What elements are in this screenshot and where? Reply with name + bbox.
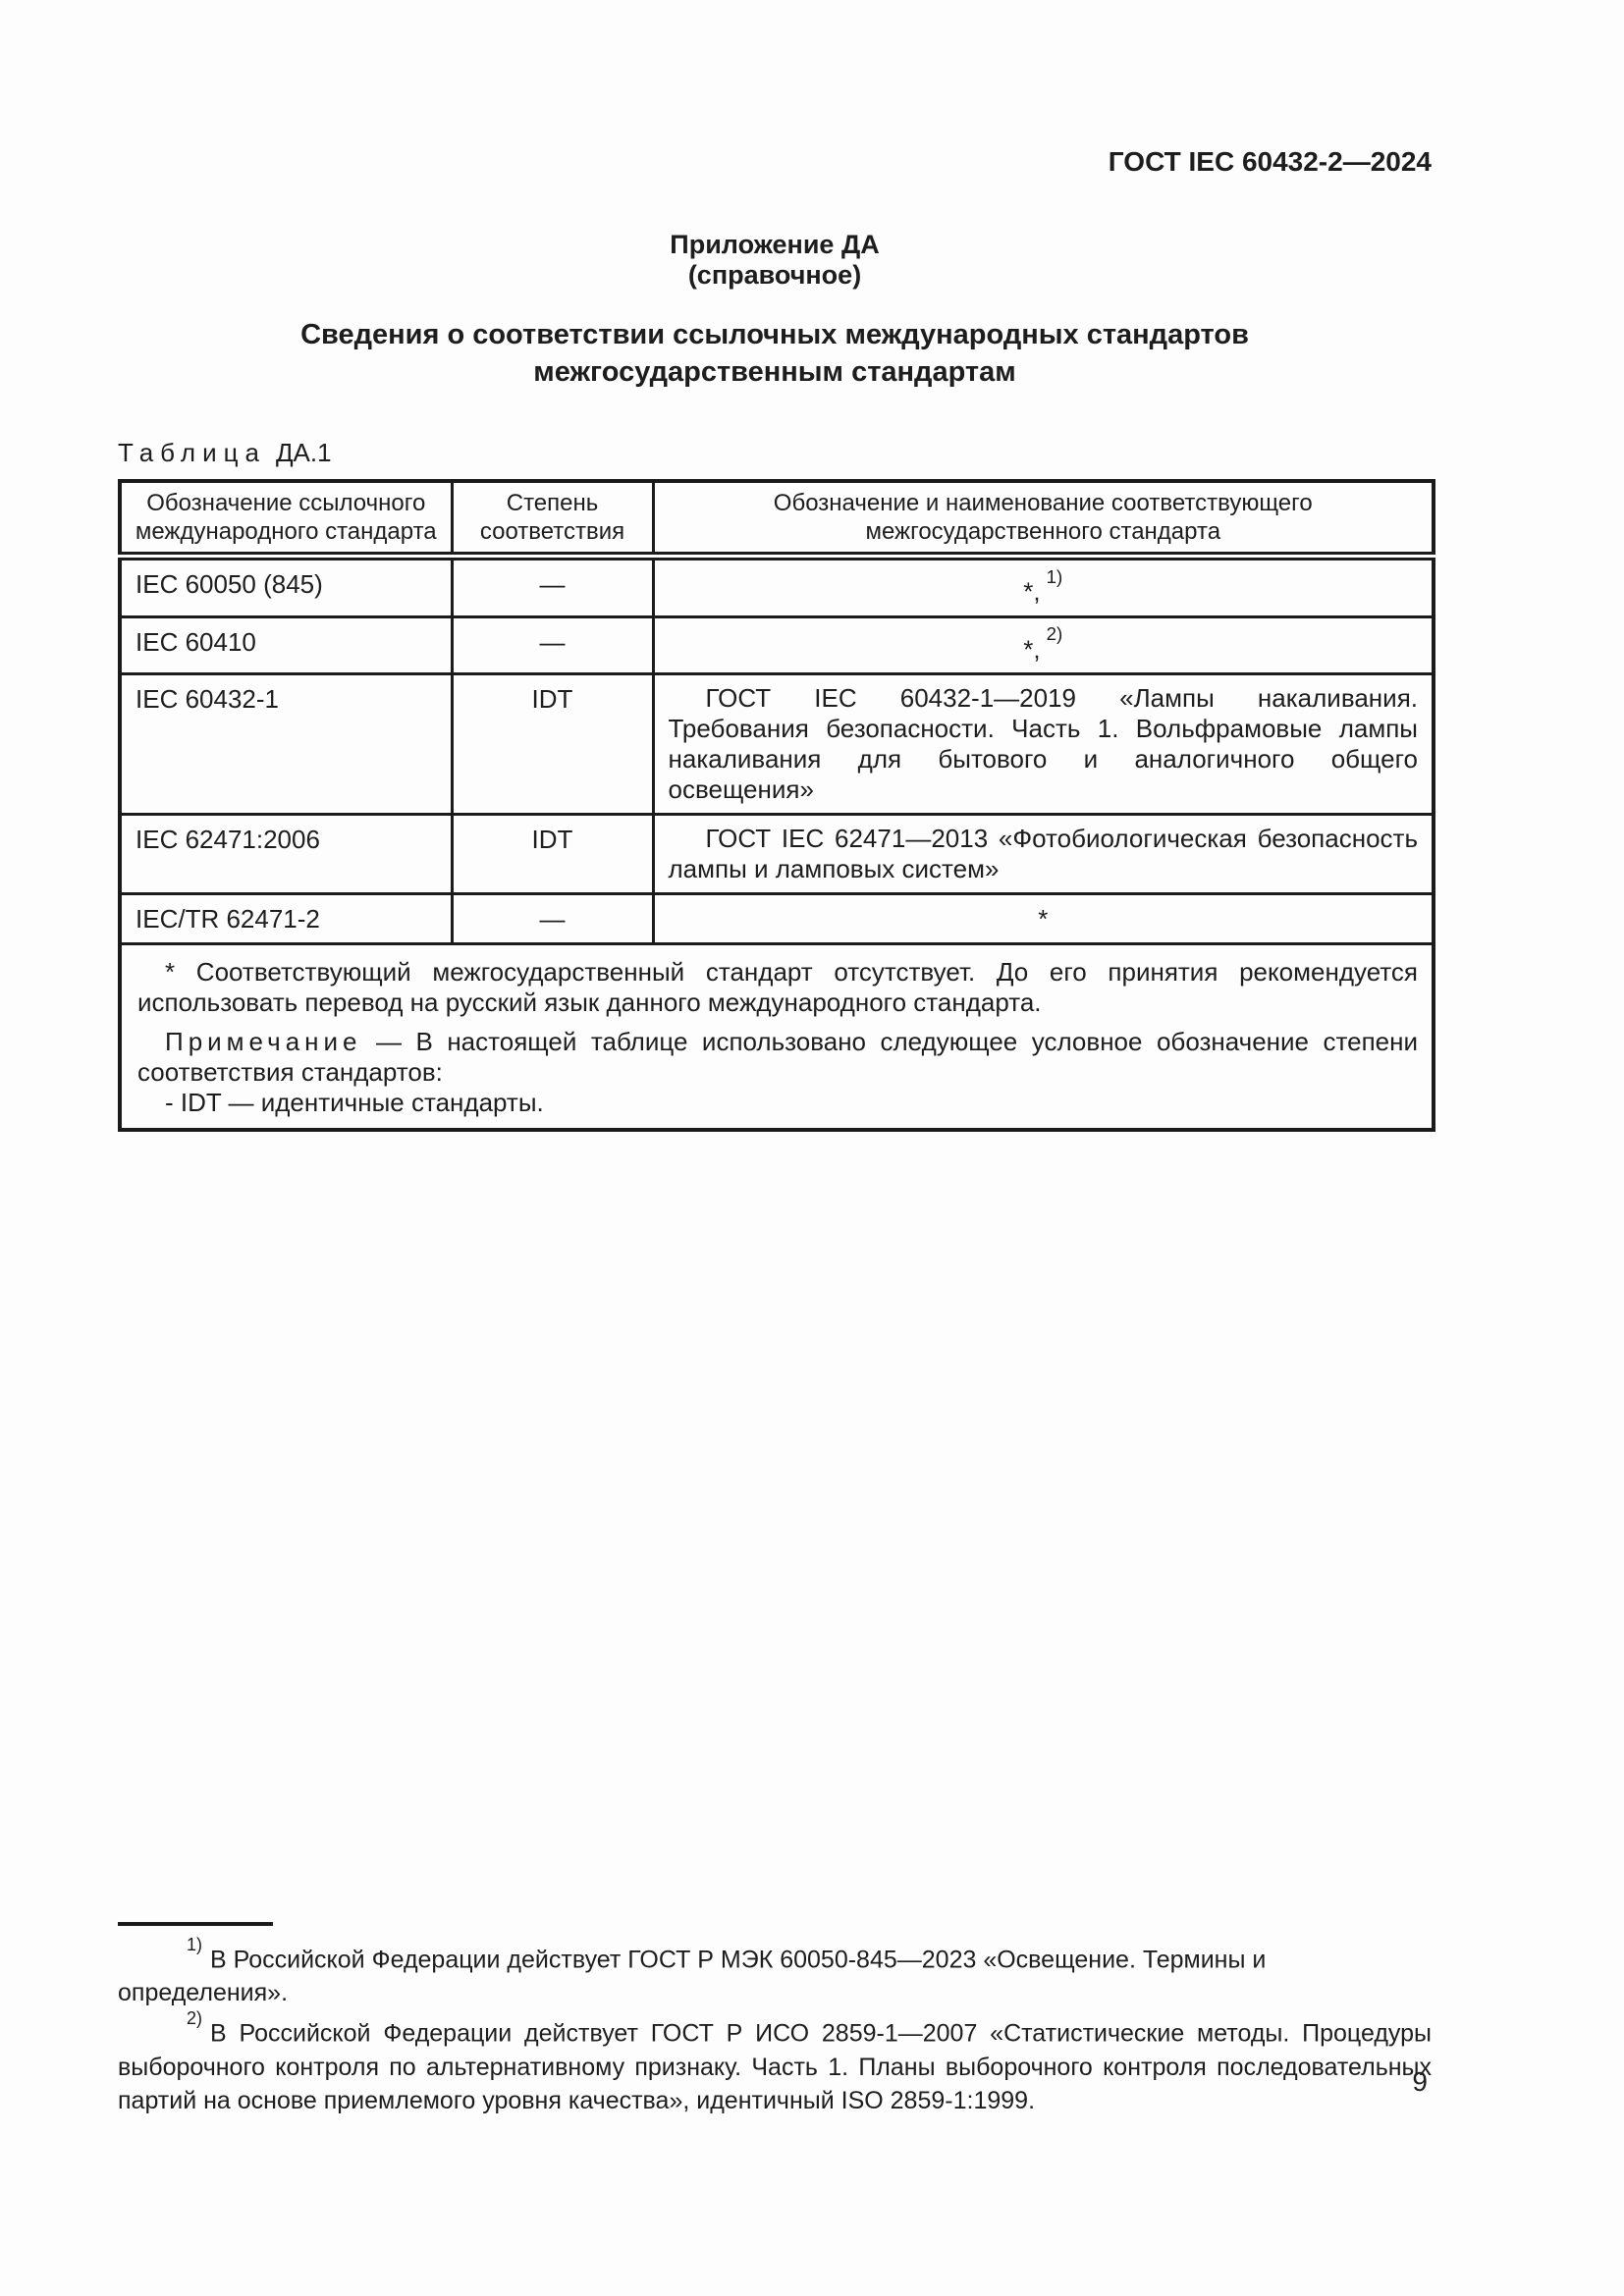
section-heading-line2: межгосударственным стандартам xyxy=(118,353,1432,391)
cell-degree: IDT xyxy=(452,815,653,894)
table-row: IEC 60410 — *,2) xyxy=(120,616,1434,674)
running-header: ГОСТ IEC 60432-2—2024 xyxy=(118,147,1432,177)
footnote-1-text: В Российской Федерации действует ГОСТ Р … xyxy=(118,1946,1266,2006)
table-caption-number: ДА.1 xyxy=(276,438,332,467)
page-number: 9 xyxy=(118,2067,1432,2097)
table-row: IEC 60050 (845) — *,1) xyxy=(120,557,1434,617)
table-footnote-block: * Соответствующий межгосударственный ста… xyxy=(120,944,1434,1131)
match-star: *, xyxy=(1023,577,1040,607)
cell-standard: IEC 60410 xyxy=(120,616,452,674)
cell-match: ГОСТ IEC 60432-1—2019 «Лампы накаливания… xyxy=(653,674,1434,815)
table-note-label: Примечание xyxy=(165,1027,362,1056)
col-header-matching-standard: Обозначение и наименование соответствующ… xyxy=(653,481,1434,557)
footnote-ref-1: 1) xyxy=(1047,566,1063,587)
cell-match: *,2) xyxy=(653,616,1434,674)
appendix-title: Приложение ДА xyxy=(118,230,1432,260)
correspondence-table: Обозначение ссылочного международного ст… xyxy=(118,479,1435,1132)
footnote-2-marker: 2) xyxy=(187,2008,202,2028)
section-heading-line1: Сведения о соответствии ссылочных междун… xyxy=(118,316,1432,353)
cell-standard: IEC 60432-1 xyxy=(120,674,452,815)
cell-match: * xyxy=(653,894,1434,944)
footnote-1: 1)В Российской Федерации действует ГОСТ … xyxy=(118,1936,1432,2009)
match-star: *, xyxy=(1023,634,1040,664)
table-footnote-row: * Соответствующий межгосударственный ста… xyxy=(120,944,1434,1131)
table-caption: ТаблицаДА.1 xyxy=(118,438,1432,467)
cell-standard: IEC/TR 62471-2 xyxy=(120,894,452,944)
footnote-ref-2: 2) xyxy=(1047,623,1063,644)
table-footnote-star: * Соответствующий межгосударственный ста… xyxy=(137,957,1418,1018)
table-note: Примечание — В настоящей таблице использ… xyxy=(137,1027,1418,1088)
cell-degree: IDT xyxy=(452,674,653,815)
table-header-row: Обозначение ссылочного международного ст… xyxy=(120,481,1434,557)
section-heading: Сведения о соответствии ссылочных междун… xyxy=(118,316,1432,391)
cell-degree: — xyxy=(452,894,653,944)
appendix-heading: Приложение ДА (справочное) xyxy=(118,230,1432,291)
col-header-reference-standard: Обозначение ссылочного международного ст… xyxy=(120,481,452,557)
cell-standard: IEC 60050 (845) xyxy=(120,557,452,617)
cell-standard: IEC 62471:2006 xyxy=(120,815,452,894)
col-header-degree: Степень соответствия xyxy=(452,481,653,557)
table-caption-label: Таблица xyxy=(118,438,266,467)
appendix-subtitle: (справочное) xyxy=(118,260,1432,291)
footnote-2: 2)В Российской Федерации действует ГОСТ … xyxy=(118,2009,1432,2116)
footnote-1-marker: 1) xyxy=(187,1935,202,1954)
table-row: IEC 60432-1 IDT ГОСТ IEC 60432-1—2019 «Л… xyxy=(120,674,1434,815)
cell-match: *,1) xyxy=(653,557,1434,617)
cell-match: ГОСТ IEC 62471—2013 «Фотобиологическая б… xyxy=(653,815,1434,894)
cell-degree: — xyxy=(452,557,653,617)
table-note-item: - IDT — идентичные стандарты. xyxy=(137,1088,1418,1118)
footnote-separator-rule xyxy=(118,1922,273,1926)
table-row: IEC/TR 62471-2 — * xyxy=(120,894,1434,944)
cell-degree: — xyxy=(452,616,653,674)
table-row: IEC 62471:2006 IDT ГОСТ IEC 62471—2013 «… xyxy=(120,815,1434,894)
document-page: ГОСТ IEC 60432-2—2024 Приложение ДА (спр… xyxy=(0,0,1624,2296)
